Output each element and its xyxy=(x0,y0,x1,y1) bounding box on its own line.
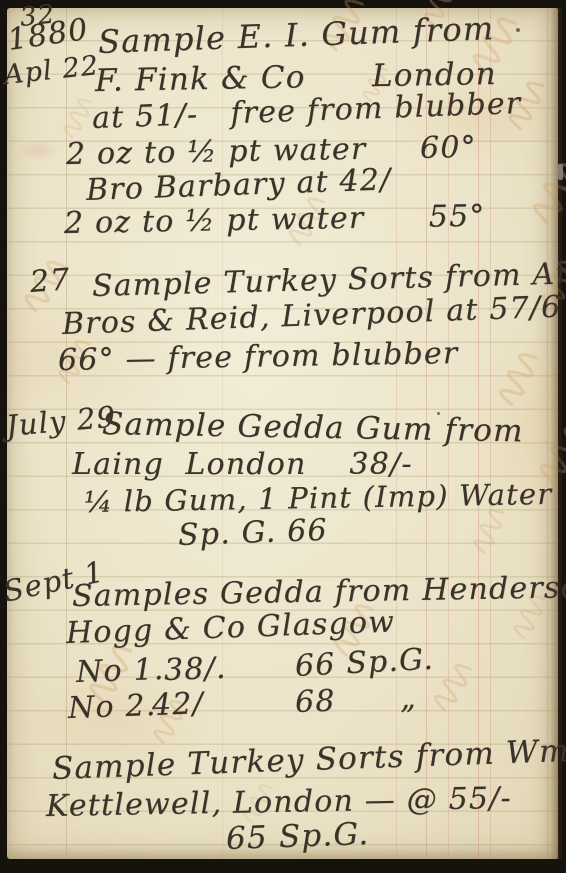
entry-line: Kettlewell, London — @ 55/- xyxy=(46,784,512,822)
sample-row-gravity: 68 „ xyxy=(294,684,417,718)
entry-line: Sample Gedda Gum from xyxy=(102,409,524,447)
entry-line: Laing London 38/- xyxy=(72,450,413,480)
sample-row-gravity: 66 Sp.G. xyxy=(294,645,434,682)
entry-line: 2 oz to ½ pt water 55° xyxy=(64,202,486,239)
sample-row-price: 38/. xyxy=(163,654,227,686)
sample-row-no: No 2. xyxy=(67,691,156,724)
entry-line: 65 Sp.G. xyxy=(225,819,369,855)
ink-speck xyxy=(516,28,520,32)
ink-speck xyxy=(437,412,440,415)
entry-line: 66° — free from blubber xyxy=(58,339,459,376)
cash-column-line xyxy=(547,8,548,859)
entry-line: Sp. G. 66 xyxy=(177,516,328,551)
entry-line: ¼ lb Gum, 1 Pint (Imp) Water xyxy=(84,480,553,517)
page-edge-mark xyxy=(558,164,563,180)
entry-line: Samples Gedda from Henderson xyxy=(72,573,566,612)
sample-row-no: No 1. xyxy=(75,655,164,688)
sample-row-price: 42/ xyxy=(151,689,204,721)
entry-line: 2 oz to ½ pt water 60° xyxy=(66,133,477,170)
scanned-ledger-page: 32 1880 Apl 22 Sample E. I. Gum from F. … xyxy=(0,0,566,873)
page-edge-shadow xyxy=(550,8,562,859)
entry-date-day: 27 xyxy=(29,265,72,298)
